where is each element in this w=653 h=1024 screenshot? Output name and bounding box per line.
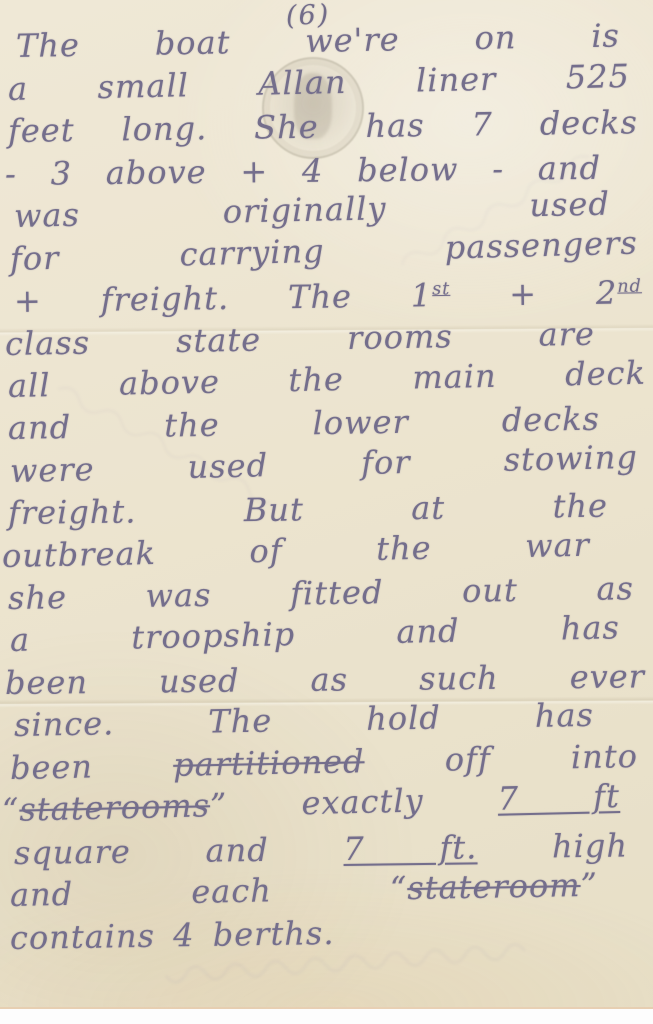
handwritten-line: been used as such ever	[5, 660, 645, 699]
handwritten-line: and the lower decks	[8, 403, 600, 444]
text-segment-sup: st	[432, 279, 450, 299]
handwritten-line: she was fitted out as	[8, 572, 634, 614]
text-segment: + freight. The 1	[14, 276, 433, 320]
text-segment: off into	[364, 737, 638, 780]
text-segment-underline: 7 ft.	[343, 828, 477, 868]
handwritten-line: for carrying passengers	[10, 227, 639, 275]
handwritten-line: class state rooms are	[5, 318, 595, 360]
handwritten-line: - 3 above + 4 below - and	[5, 152, 601, 190]
text-segment-strike: partitioned	[173, 742, 365, 784]
handwritten-line: and each “stateroom”	[10, 869, 598, 911]
text-segment: contains 4 berths.	[10, 914, 335, 957]
text-segment: freight. But at the	[8, 487, 608, 532]
text-segment: feet long. She has 7 decks	[8, 103, 638, 150]
handwritten-line: was originally used	[14, 188, 611, 232]
handwritten-line: been partitioned off into	[10, 740, 638, 784]
handwritten-line: a small Allan liner 525	[8, 60, 631, 105]
text-segment: since. The hold has	[14, 696, 595, 744]
handwritten-line: + freight. The 1st + 2nd	[14, 276, 642, 317]
handwritten-line: feet long. She has 7 decks	[8, 106, 638, 147]
handwritten-line: contains 4 berths.	[10, 915, 480, 954]
text-segment: The boat we're on is	[16, 16, 621, 65]
text-segment: and each “	[10, 869, 408, 914]
handwritten-line: freight. But at the	[8, 490, 608, 529]
text-segment: “	[2, 791, 20, 829]
text-segment: been used as such ever	[5, 657, 645, 702]
text-segment: square and	[14, 830, 344, 872]
text-segment-underline: 7 ft	[497, 777, 620, 818]
handwritten-line: all above the main deck	[8, 357, 647, 402]
text-segment-sup: nd	[617, 277, 642, 297]
scanned-letter-page: (6) The boat we're on isa small Allan li…	[0, 0, 653, 1024]
text-segment: all above the main deck	[8, 354, 647, 405]
text-segment: + 2	[450, 274, 618, 314]
text-segment: a troopship and has	[10, 608, 621, 659]
handwritten-line: since. The hold has	[14, 699, 594, 741]
handwritten-line: The boat we're on is	[16, 19, 620, 62]
text-segment-strike: stateroom	[407, 866, 581, 907]
text-segment: a small Allan liner 525	[8, 57, 631, 108]
handwritten-line: “staterooms” exactly 7 ft	[2, 780, 621, 826]
letter-paper: (6) The boat we're on isa small Allan li…	[0, 0, 653, 1009]
text-segment: high	[477, 826, 628, 866]
handwritten-line: were used for stowing	[10, 441, 639, 487]
text-segment: were used for stowing	[10, 438, 639, 490]
scanner-background-strip	[0, 1009, 653, 1024]
text-segment: ” exactly	[210, 780, 499, 825]
handwritten-line: a troopship and has	[10, 611, 621, 656]
handwritten-line: square and 7 ft. high	[14, 829, 628, 868]
text-segment: been	[10, 746, 174, 787]
text-segment: ”	[580, 866, 598, 904]
text-segment: outbreak of the war	[2, 526, 591, 575]
handwritten-line: outbreak of the war	[2, 529, 591, 572]
text-segment-strike: staterooms	[19, 786, 211, 828]
